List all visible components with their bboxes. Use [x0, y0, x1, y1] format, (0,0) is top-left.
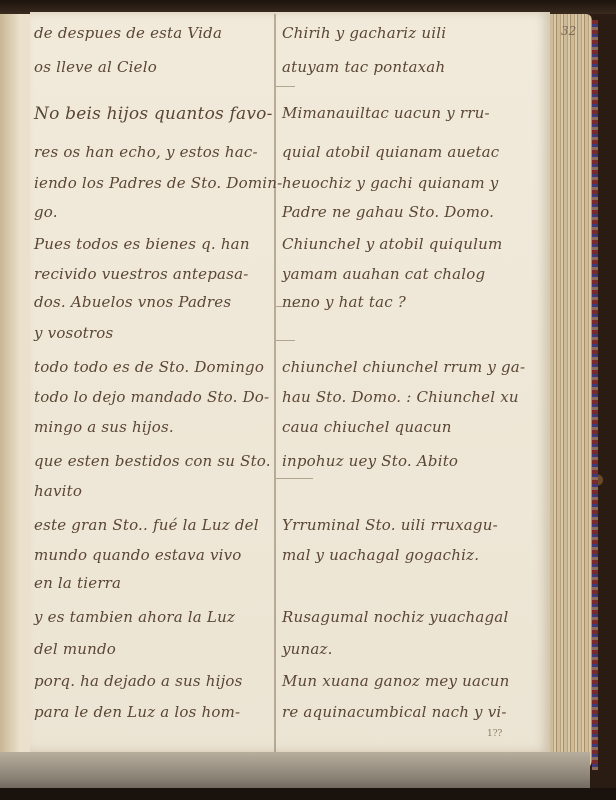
manuscript-line: todo todo es de Sto. Domingo	[34, 358, 264, 376]
manuscript-line: del mundo	[34, 640, 116, 658]
manuscript-line: mal y uachagal gogachiz.	[282, 546, 479, 564]
manuscript-line: porq. ha dejado a sus hijos	[34, 672, 243, 690]
manuscript-line: neno y hat tac ?	[282, 293, 406, 311]
manuscript-line: Yrruminal Sto. uili rruxagu-	[282, 516, 498, 534]
manuscript-line: heuochiz y gachi quianam y	[282, 174, 498, 192]
manuscript-line: dos. Abuelos vnos Padres	[34, 293, 231, 311]
manuscript-line: os lleve al Cielo	[34, 58, 157, 76]
manuscript-line: iendo los Padres de Sto. Domin-	[34, 174, 282, 192]
manuscript-line: Pues todos es bienes q. han	[34, 235, 250, 253]
column-divider	[274, 14, 276, 752]
section-bracket	[276, 478, 313, 479]
manuscript-line: este gran Sto.. fué la Luz del	[34, 516, 259, 534]
manuscript-line: caua chiuchel quacun	[282, 418, 452, 436]
manuscript-line: Chirih y gachariz uili	[282, 24, 446, 42]
bottom-mark: 1??	[487, 729, 502, 739]
manuscript-line: todo lo dejo mandado Sto. Do-	[34, 388, 269, 406]
manuscript-line: Padre ne gahau Sto. Domo.	[282, 203, 494, 221]
manuscript-line: mundo quando estava vivo	[34, 546, 242, 564]
manuscript-line: Mimanauiltac uacun y rru-	[282, 104, 490, 122]
manuscript-line: que esten bestidos con su Sto.	[34, 452, 271, 470]
bottom-page-edge	[0, 752, 590, 792]
manuscript-line: go.	[34, 203, 58, 221]
manuscript-line: Chiunchel y atobil quiqulum	[282, 235, 502, 253]
manuscript-line: y es tambien ahora la Luz	[34, 608, 235, 626]
manuscript-line: para le den Luz a los hom-	[34, 703, 240, 721]
manuscript-line: res os han echo, y estos hac-	[34, 143, 258, 161]
manuscript-line: havito	[34, 482, 82, 500]
manuscript-line: de despues de esta Vida	[34, 24, 222, 42]
folio-number: 32	[561, 24, 576, 38]
manuscript-line: re aquinacumbical nach y vi-	[282, 703, 507, 721]
section-bracket	[276, 86, 295, 87]
manuscript-line: hau Sto. Domo. : Chiunchel xu	[282, 388, 519, 406]
manuscript-line: mingo a sus hijos.	[34, 418, 174, 436]
binding-edge	[592, 20, 598, 770]
manuscript-line: No beis hijos quantos favo-	[34, 104, 273, 124]
manuscript-line: yunaz.	[282, 640, 333, 658]
section-bracket	[276, 340, 295, 341]
manuscript-line: en la tierra	[34, 574, 121, 592]
manuscript-line: recivido vuestros antepasa-	[34, 265, 249, 283]
manuscript-line: chiunchel chiunchel rrum y ga-	[282, 358, 525, 376]
manuscript-line: inpohuz uey Sto. Abito	[282, 452, 458, 470]
manuscript-line: Rusagumal nochiz yuachagal	[282, 608, 508, 626]
manuscript-line: yamam auahan cat chalog	[282, 265, 485, 283]
bottom-shadow	[0, 788, 616, 800]
manuscript-line: quial atobil quianam auetac	[282, 143, 499, 161]
manuscript-line: atuyam tac pontaxah	[282, 58, 445, 76]
manuscript-line: y vosotros	[34, 324, 113, 342]
manuscript-line: Mun xuana ganoz mey uacun	[282, 672, 509, 690]
